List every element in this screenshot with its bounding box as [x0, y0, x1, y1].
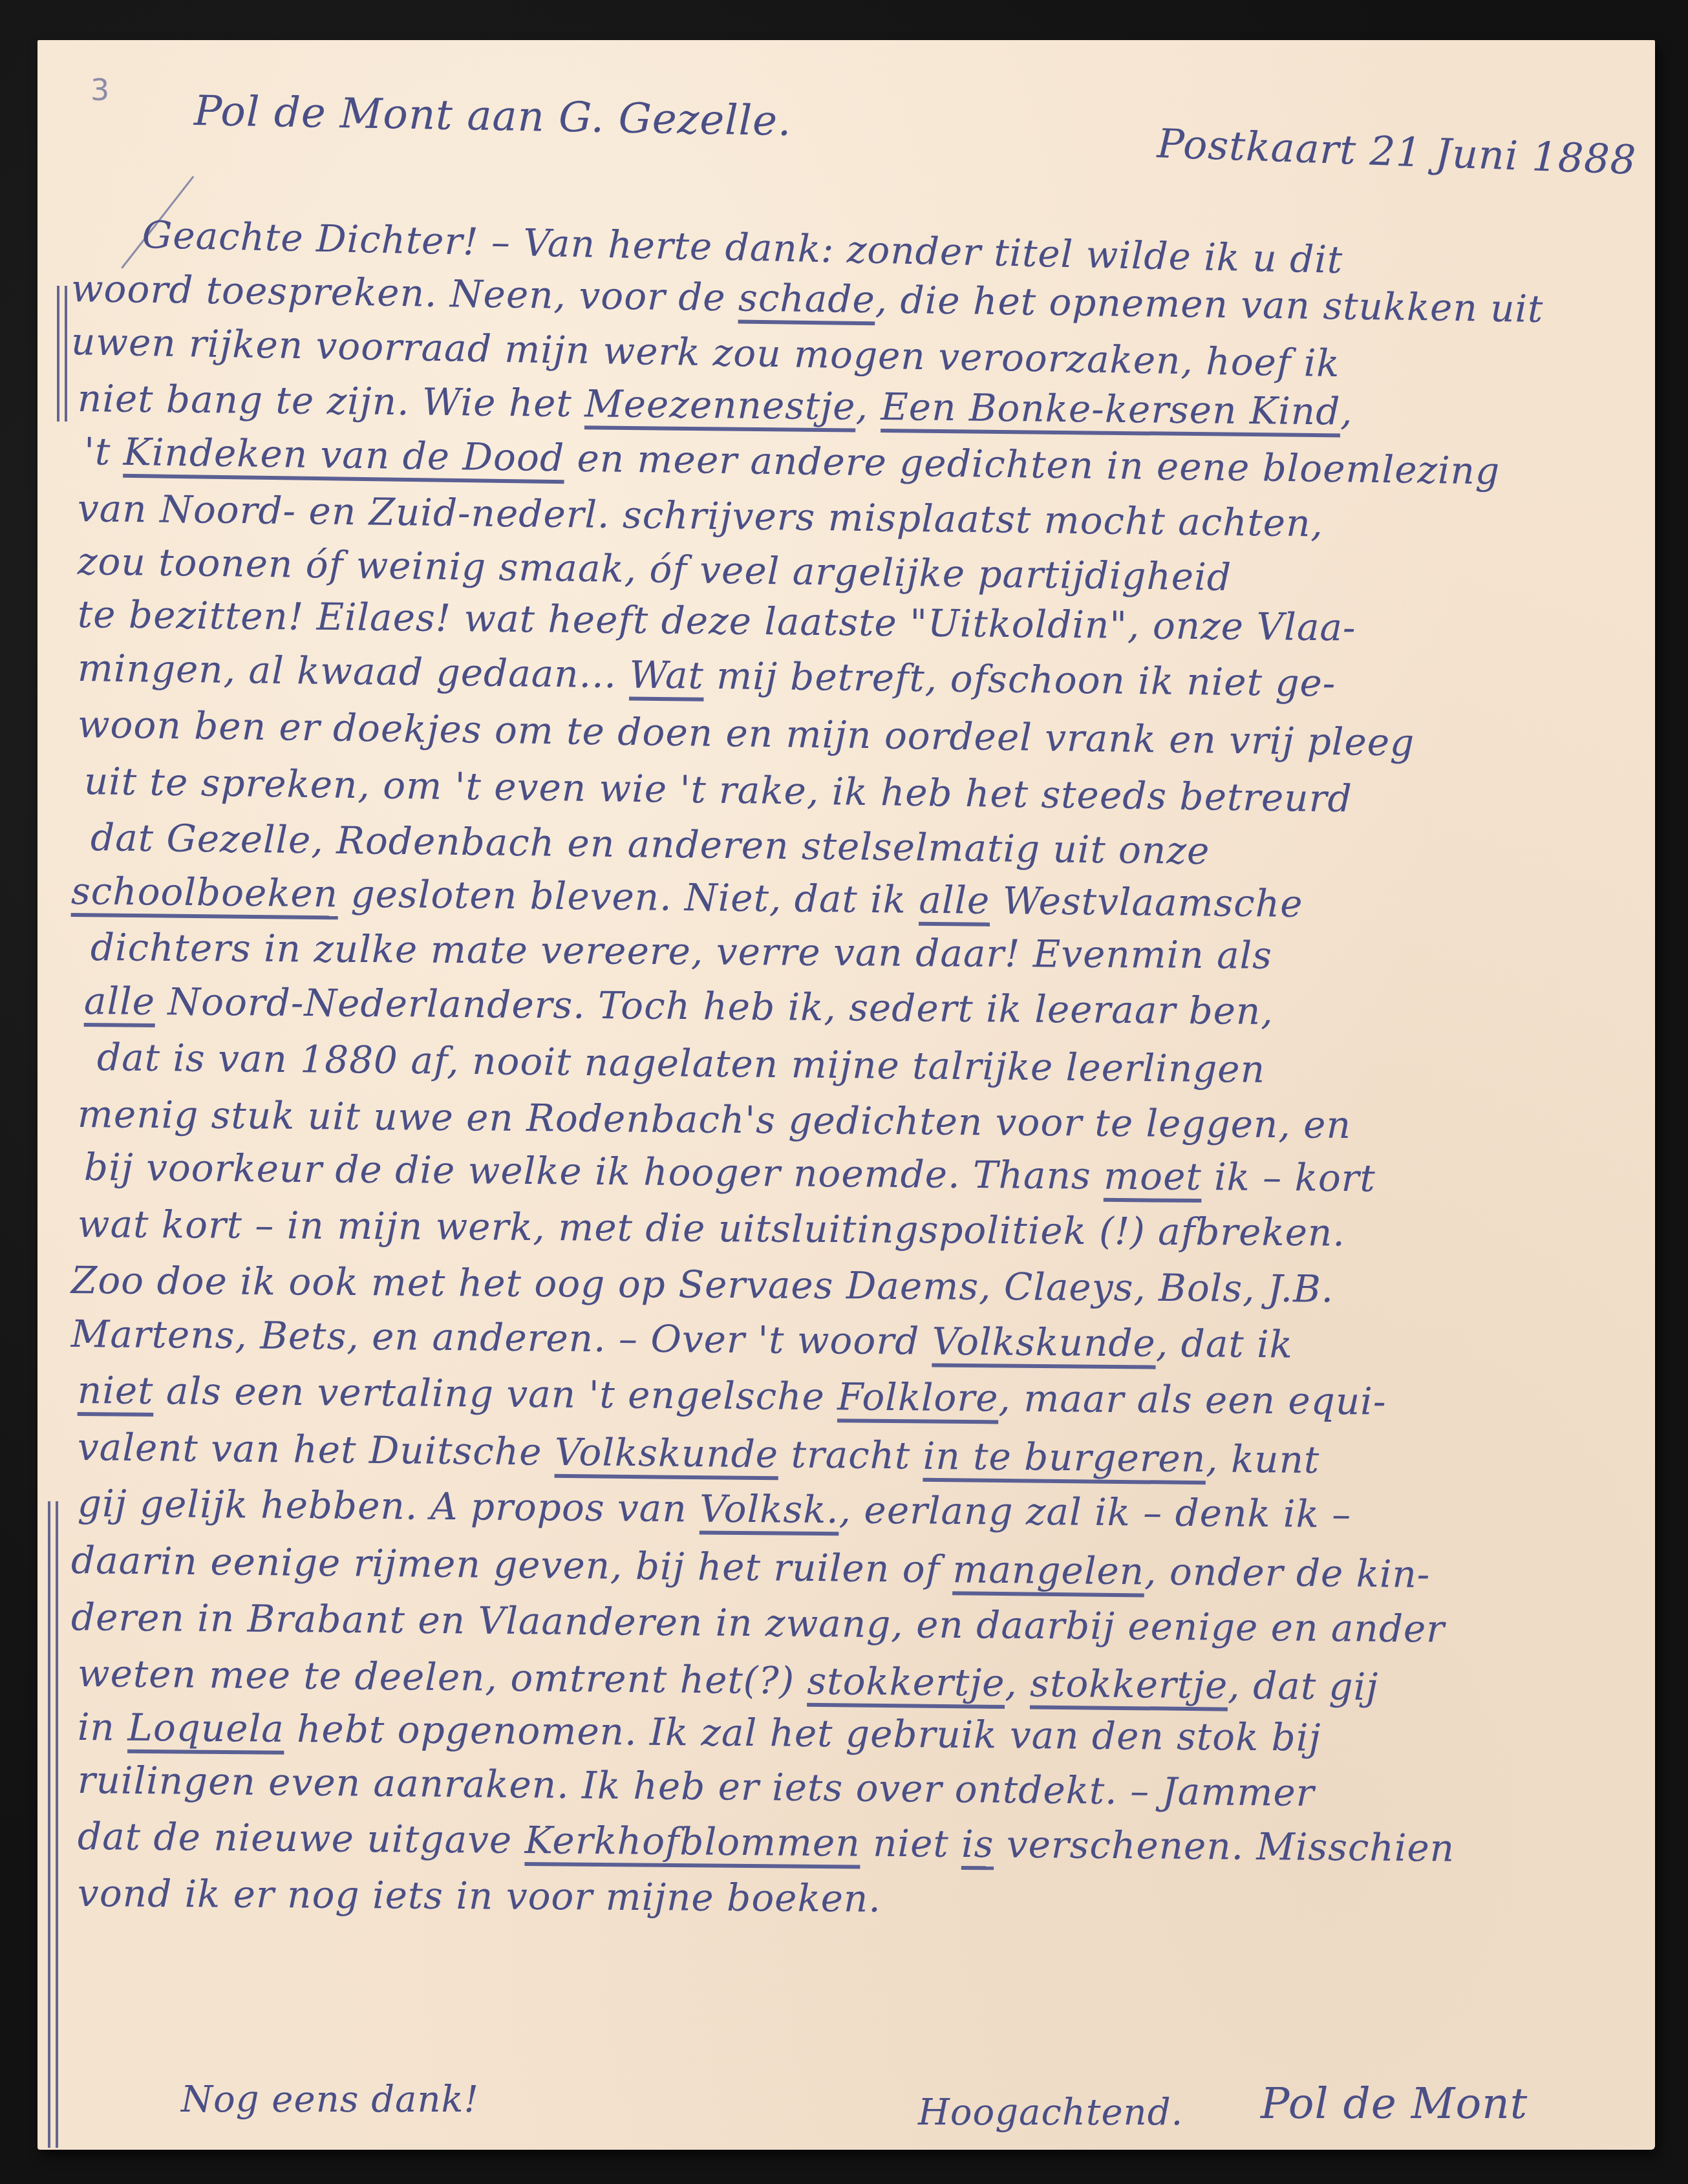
underlined-phrase: alle [919, 878, 990, 923]
line-text: dichters in zulke mate vereere, verre va… [91, 925, 1272, 978]
line-text: 't [84, 429, 124, 474]
line-text: , [855, 384, 881, 428]
underlined-phrase: stokkertje [1030, 1662, 1228, 1708]
line-text: wat kort – in mijn werk, met die uitslui… [78, 1202, 1345, 1255]
underlined-phrase: schade [738, 275, 876, 321]
line-text: , die het opnemen van stukken uit [875, 277, 1544, 330]
line-text: , dat ik [1156, 1321, 1294, 1366]
line-text: , [1005, 1661, 1031, 1705]
line-text: niet bang te zijn. Wie het [78, 376, 585, 425]
line-text: , onder de kin- [1144, 1549, 1431, 1596]
underlined-phrase: schoolboeken [71, 869, 339, 915]
underlined-phrase: Meezennestje [584, 381, 856, 428]
underlined-phrase: Folklore [837, 1375, 999, 1420]
line-text: ik – kort [1201, 1155, 1376, 1200]
line-text: Martens, Bets, en anderen. – Over 't woo… [71, 1312, 932, 1364]
underlined-phrase: Volkskunde [932, 1319, 1156, 1365]
line-text: daarin eenige rijmen geven, bij het ruil… [71, 1538, 953, 1591]
line-text: , kunt [1206, 1437, 1320, 1482]
underlined-phrase: Loquela [127, 1705, 284, 1750]
letter-line: vond ik er nog iets in voor mijne boeken… [78, 1871, 881, 1921]
line-text: bij voorkeur de die welke ik hooger noem… [84, 1145, 1104, 1198]
line-text: gij gelijk hebben. A propos van [78, 1481, 700, 1530]
line-text: mingen, al kwaad gedaan... [78, 646, 630, 696]
line-text: hebt opgenomen. Ik zal het gebruik van d… [284, 1706, 1321, 1759]
line-text: vond ik er nog iets in voor mijne boeken… [78, 1871, 881, 1921]
margin-line-bottom [48, 1501, 50, 2148]
margin-line-bottom-2 [56, 1501, 58, 2148]
underlined-phrase: niet [78, 1368, 154, 1413]
underlined-phrase: moet [1104, 1154, 1202, 1199]
underlined-phrase: in te burgeren [923, 1434, 1206, 1481]
line-text: in [78, 1705, 128, 1750]
underlined-phrase: mangelen [952, 1547, 1144, 1593]
letter-line: Zoo doe ik ook met het oog op Servaes Da… [71, 1258, 1334, 1311]
closing-salutation: Hoogachtend. [918, 2092, 1183, 2134]
underlined-phrase: Volksk. [700, 1487, 839, 1532]
line-text: dat de nieuwe uitgave [78, 1814, 525, 1862]
letter-line: wat kort – in mijn werk, met die uitslui… [78, 1202, 1345, 1255]
line-text: Westvlaamsche [990, 879, 1303, 926]
margin-line-top [57, 286, 59, 422]
line-text: , maar als een equi- [998, 1376, 1386, 1424]
underlined-phrase: stokkertje [807, 1659, 1005, 1705]
underlined-phrase: Kindeken van de Dood [123, 430, 564, 480]
margin-line-top-2 [65, 286, 67, 422]
line-text: mij betreft, ofschoon ik niet ge- [703, 654, 1336, 705]
page-number: 3 [91, 72, 110, 107]
underlined-phrase: Wat [629, 652, 704, 697]
underlined-phrase: Volkskunde [555, 1430, 779, 1477]
line-text: , eerlang zal ik – denk ik – [839, 1488, 1351, 1537]
line-text: , dat gij [1228, 1664, 1379, 1709]
signature: Pol de Mont [1261, 2079, 1528, 2128]
line-text: gesloten bleven. Niet, dat ik [338, 872, 919, 921]
line-text: woord toespreken. Neen, voor de [71, 266, 739, 319]
line-text: , [1340, 389, 1353, 433]
line-text: verschenen. Misschien [994, 1823, 1455, 1870]
underlined-phrase: alle [84, 979, 156, 1023]
letter-line: dichters in zulke mate vereere, verre va… [91, 925, 1272, 978]
line-text: als een vertaling van 't engelsche [153, 1369, 837, 1419]
underlined-phrase: Een Bonke-kersen Kind [881, 385, 1341, 433]
underlined-phrase: is [961, 1822, 994, 1866]
line-text: Zoo doe ik ook met het oog op Servaes Da… [71, 1258, 1334, 1311]
line-text: weten mee te deelen, omtrent het(?) [78, 1651, 807, 1703]
line-text: tracht [778, 1432, 923, 1477]
closing-thanks: Nog eens dank! [181, 2079, 479, 2121]
underlined-phrase: Kerkhofblommen [524, 1818, 860, 1865]
line-text: valent van het Duitsche [78, 1425, 555, 1474]
line-text: niet [860, 1821, 961, 1866]
